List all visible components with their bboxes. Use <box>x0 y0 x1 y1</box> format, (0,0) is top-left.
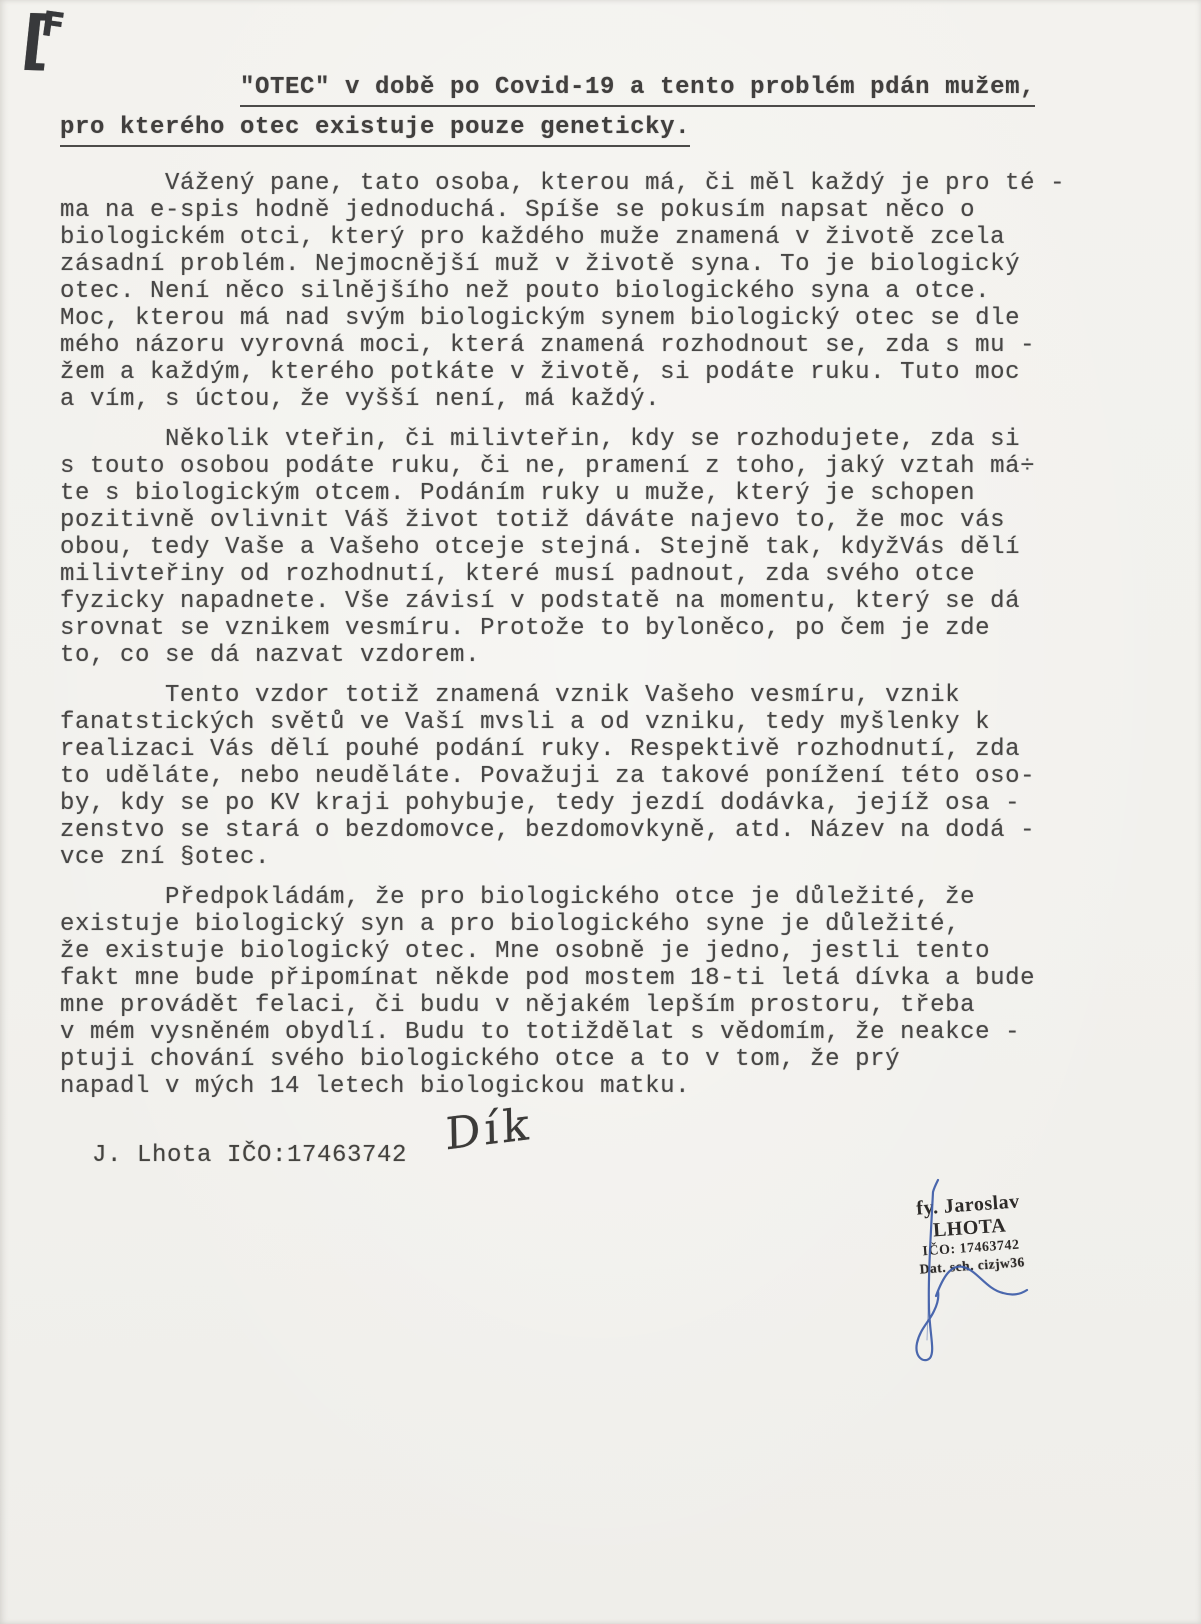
paragraph-1: Vážený pane, tato osoba, kterou má, či m… <box>60 170 1095 413</box>
scanned-letter-page: [F "OTEC" v době po Covid-19 a tento pro… <box>0 0 1201 1624</box>
letter-title-line-2: pro kterého otec existuje pouze genetick… <box>60 114 690 147</box>
paragraph-4: Předpokládám, že pro biologického otce j… <box>60 884 1095 1100</box>
handwritten-corner-mark: [F <box>21 3 66 78</box>
corner-letter-glyph: F <box>39 4 68 47</box>
paragraph-3: Tento vzdor totiž znamená vznik Vašeho v… <box>60 682 1095 871</box>
typed-signature-line: J. Lhota IČO:17463742 <box>92 1142 407 1169</box>
letter-title-line-1: "OTEC" v době po Covid-19 a tento problé… <box>240 74 1035 107</box>
letter-body: Vážený pane, tato osoba, kterou má, či m… <box>60 170 1095 1113</box>
pen-signature-icon <box>860 1175 1040 1375</box>
handwritten-dik-note: Dík <box>445 1099 533 1161</box>
paragraph-2: Několik vteřin, či milivteřin, kdy se ro… <box>60 426 1095 669</box>
